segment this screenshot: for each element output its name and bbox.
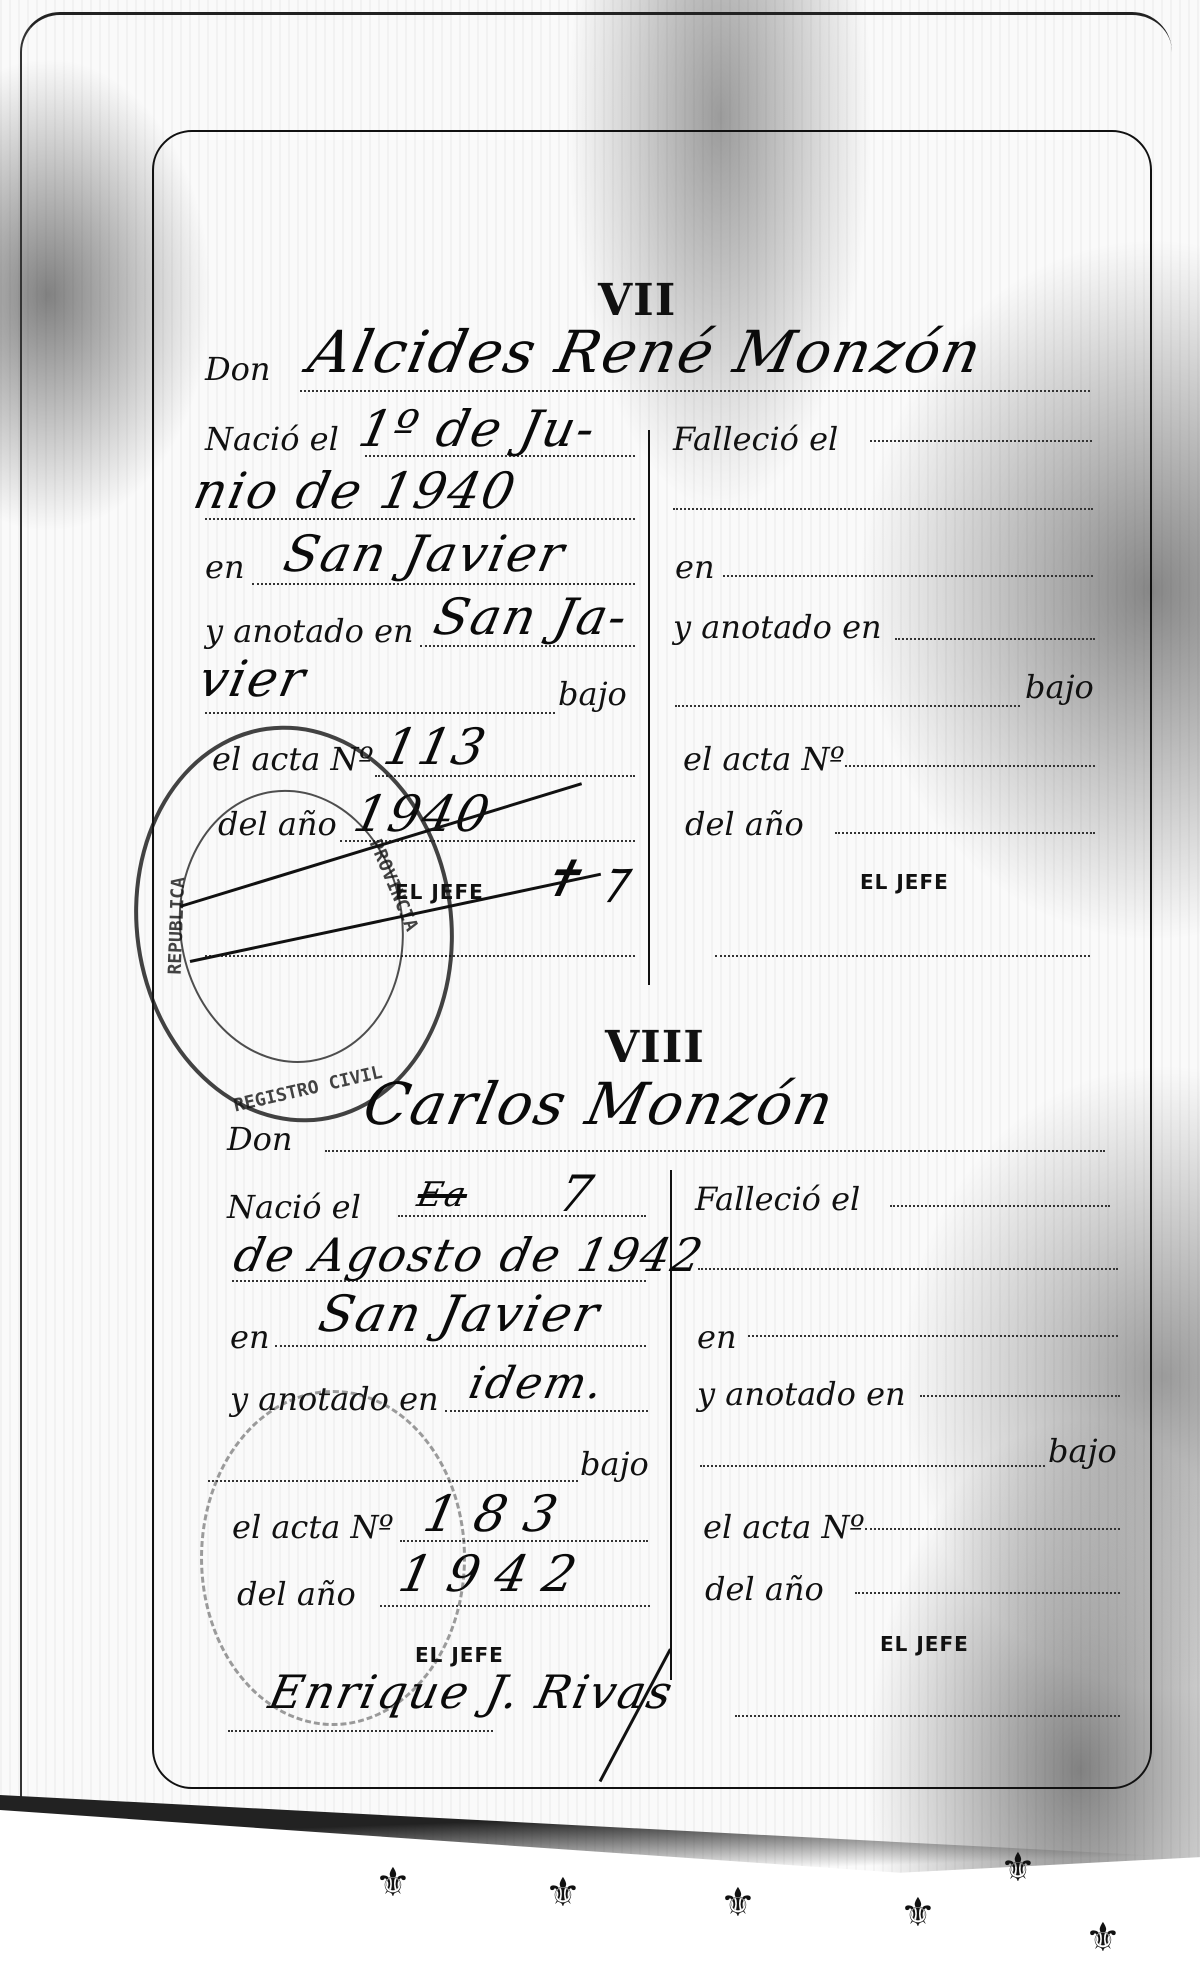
don-line [300,390,1090,392]
fleur-de-lis-ornament-icon: ⚜ [720,1880,756,1926]
death-anio-line [835,832,1095,834]
death-en-label: en [697,1318,737,1356]
fallecio-label: Falleció el [695,1180,860,1218]
nacio-line [398,1215,646,1217]
fleur-de-lis-ornament-icon: ⚜ [900,1890,936,1936]
death-acta-line [845,765,1095,767]
death-anio-label: del año [685,805,804,843]
jefe-line [228,1730,493,1732]
bajo-line [205,712,555,714]
en-value: San Javier [279,525,571,583]
death-jefe-label: EL JEFE [880,1632,969,1656]
death-anotado-label: y anotado en [673,608,882,646]
nacio-value-2: nio de 1940 [189,462,522,520]
fallecio-line-2 [698,1268,1118,1270]
death-en-line [723,575,1093,577]
death-bajo-line [700,1465,1045,1467]
fleur-de-lis-ornament-icon: ⚜ [1000,1845,1036,1891]
don-label: Don [227,1120,293,1158]
fallecio-line [870,440,1092,442]
death-jefe-line [735,1715,1120,1717]
bajo-label: bajo [558,675,627,713]
anotado-line [445,1410,648,1412]
en-line [252,583,635,585]
anotado-value-2: vier [194,650,312,708]
document-page: VII Don Alcides René Monzón Nació el 1º … [0,0,1200,1967]
death-anotado-line [895,638,1095,640]
record-number: VIII [605,1022,705,1073]
nacio-label: Nació el [227,1188,361,1226]
anotado-value-1: San Ja- [429,588,634,646]
don-value: Alcides René Monzón [303,318,989,386]
death-anio-label: del año [705,1570,824,1608]
death-bajo-line [675,705,1020,707]
seal-inner-ring [161,775,421,1078]
en-line [275,1345,646,1347]
faint-seal-stamp [200,1390,466,1726]
nacio-value-1: 1º de Ju- [354,400,602,458]
death-anio-line [855,1592,1120,1594]
don-line [325,1150,1105,1152]
acta-value: 113 [379,718,493,776]
death-anotado-label: y anotado en [697,1375,906,1413]
fallecio-line [890,1205,1110,1207]
fallecio-line-2 [673,508,1093,510]
en-value: San Javier [314,1285,606,1343]
death-acta-label: el acta Nº [683,740,845,778]
fleur-de-lis-ornament-icon: ⚜ [545,1870,581,1916]
anotado-label: y anotado en [205,612,414,650]
death-en-line [748,1335,1118,1337]
death-jefe-line [715,955,1090,957]
nacio-label: Nació el [205,420,339,458]
column-divider [648,430,650,985]
death-acta-line [865,1528,1120,1530]
seal-text-bottom: REGISTRO CIVIL [232,1062,385,1117]
death-anotado-line [920,1395,1120,1397]
don-value: Carlos Monzón [358,1070,841,1138]
death-bajo-label: bajo [1025,668,1094,706]
anotado-value: idem. [465,1358,610,1409]
nacio-struck-value: Ea [414,1175,472,1215]
fallecio-label: Falleció el [673,420,838,458]
death-en-label: en [675,548,715,586]
en-label: en [230,1318,270,1356]
don-label: Don [205,350,271,388]
bajo-label: bajo [580,1445,649,1483]
seal-text-left: REPUBLICA [165,877,189,975]
death-bajo-label: bajo [1048,1432,1117,1470]
death-acta-label: el acta Nº [703,1508,865,1546]
nacio-value-2: de Agosto de 1942 [229,1228,709,1282]
fleur-de-lis-ornament-icon: ⚜ [375,1860,411,1906]
en-label: en [205,548,245,586]
fleur-de-lis-ornament-icon: ⚜ [1085,1915,1121,1961]
death-jefe-label: EL JEFE [860,870,949,894]
